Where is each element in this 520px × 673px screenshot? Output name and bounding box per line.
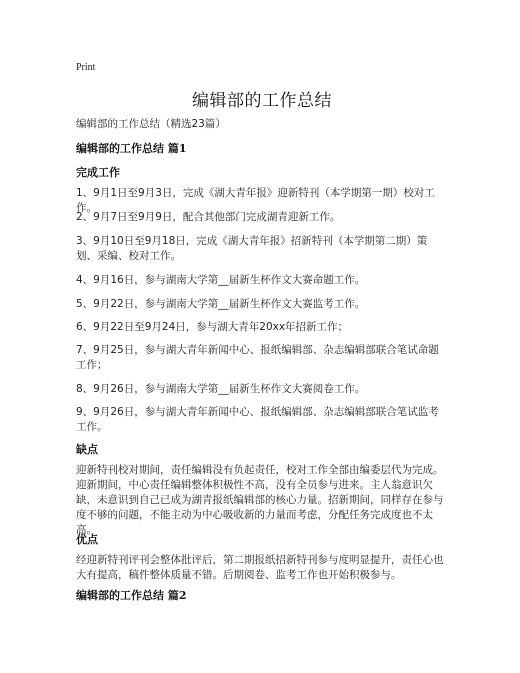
completed-work-heading: 完成工作 bbox=[76, 164, 120, 180]
work-item-3: 3、9月10日至9月18日，完成《湖大青年报》招新特刊（本学期第二期）策划、采编… bbox=[76, 234, 448, 264]
work-item-5: 5、9月22日，参与湖南大学第__届新生杯作文大赛监考工作。 bbox=[76, 297, 448, 312]
work-item-4: 4、9月16日，参与湖南大学第__届新生杯作文大赛命题工作。 bbox=[76, 273, 448, 288]
print-link[interactable]: Print bbox=[76, 62, 95, 73]
strengths-text: 经迎新特刊评刊会整体批评后，第二期报纸招新特刊参与度明显提升，责任心也大有提高，… bbox=[76, 553, 448, 583]
document-title: 编辑部的工作总结 bbox=[76, 86, 448, 111]
work-item-8: 8、9月26日，参与湖南大学第__届新生杯作文大赛阅卷工作。 bbox=[76, 382, 448, 397]
section-heading-2: 编辑部的工作总结 篇2 bbox=[76, 587, 186, 603]
document-subtitle: 编辑部的工作总结（精选23篇） bbox=[76, 116, 226, 131]
work-item-9: 9、9月26日，参与湖大青年新闻中心、报纸编辑部、杂志编辑部联合笔试监考工作。 bbox=[76, 405, 448, 435]
work-item-6: 6、9月22日至9月24日，参与湖大青年20xx年招新工作； bbox=[76, 320, 448, 335]
strengths-heading: 优点 bbox=[76, 531, 98, 547]
work-item-7: 7、9月25日，参与湖大青年新闻中心、报纸编辑部、杂志编辑部联合笔试命题工作； bbox=[76, 343, 448, 373]
shortcomings-text: 迎新特刊校对期间，责任编辑没有负起责任，校对工作全部由编委层代为完成。迎新期间，… bbox=[76, 463, 448, 538]
work-item-2: 2、9月7日至9月9日，配合其他部门完成湖青迎新工作。 bbox=[76, 210, 448, 225]
section-heading-1: 编辑部的工作总结 篇1 bbox=[76, 140, 186, 156]
shortcomings-heading: 缺点 bbox=[76, 441, 98, 457]
